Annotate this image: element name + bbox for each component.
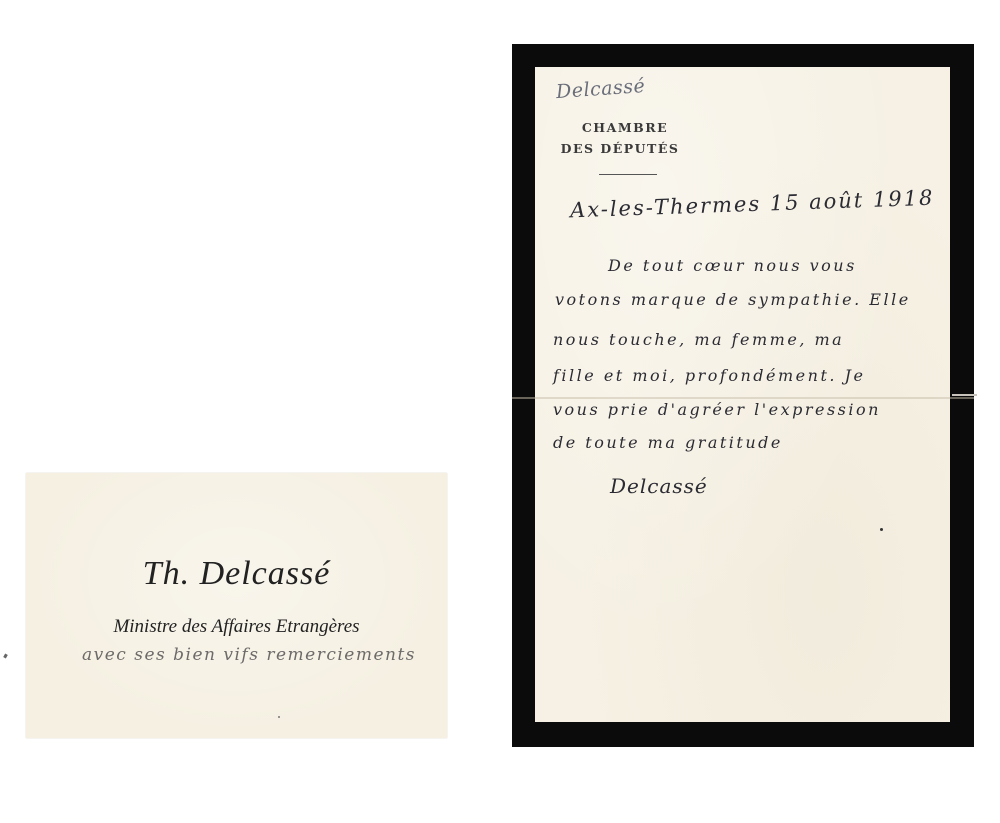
body-line: nous touche, ma femme, ma: [553, 330, 844, 349]
letter-fold-line: [512, 397, 974, 399]
card-handwritten-note: avec ses bien vifs remerciements: [82, 645, 416, 665]
body-line: de toute ma gratitude: [553, 433, 783, 452]
body-line: vous prie d'agréer l'expression: [553, 400, 881, 419]
letterhead-line-2: DES DÉPUTÉS: [555, 141, 685, 156]
visiting-card: Th. Delcassé Ministre des Affaires Etran…: [26, 473, 447, 738]
letterhead-rule: [599, 174, 657, 175]
fold-mark: [952, 394, 977, 396]
scan-speck: [3, 654, 8, 659]
card-name: Th. Delcassé: [26, 555, 447, 593]
card-title: Ministre des Affaires Etrangères: [26, 616, 447, 638]
body-line: votons marque de sympathie. Elle: [555, 290, 911, 309]
letterhead-line-1: CHAMBRE: [555, 120, 685, 135]
letter-paper: [535, 67, 950, 722]
letterhead: CHAMBRE DES DÉPUTÉS: [555, 120, 685, 156]
body-line: De tout cœur nous vous: [608, 256, 857, 275]
body-line: fille et moi, profondément. Je: [553, 366, 865, 385]
card-speck: [278, 716, 280, 718]
ink-dot: [880, 528, 883, 531]
signature: Delcassé: [610, 474, 708, 498]
